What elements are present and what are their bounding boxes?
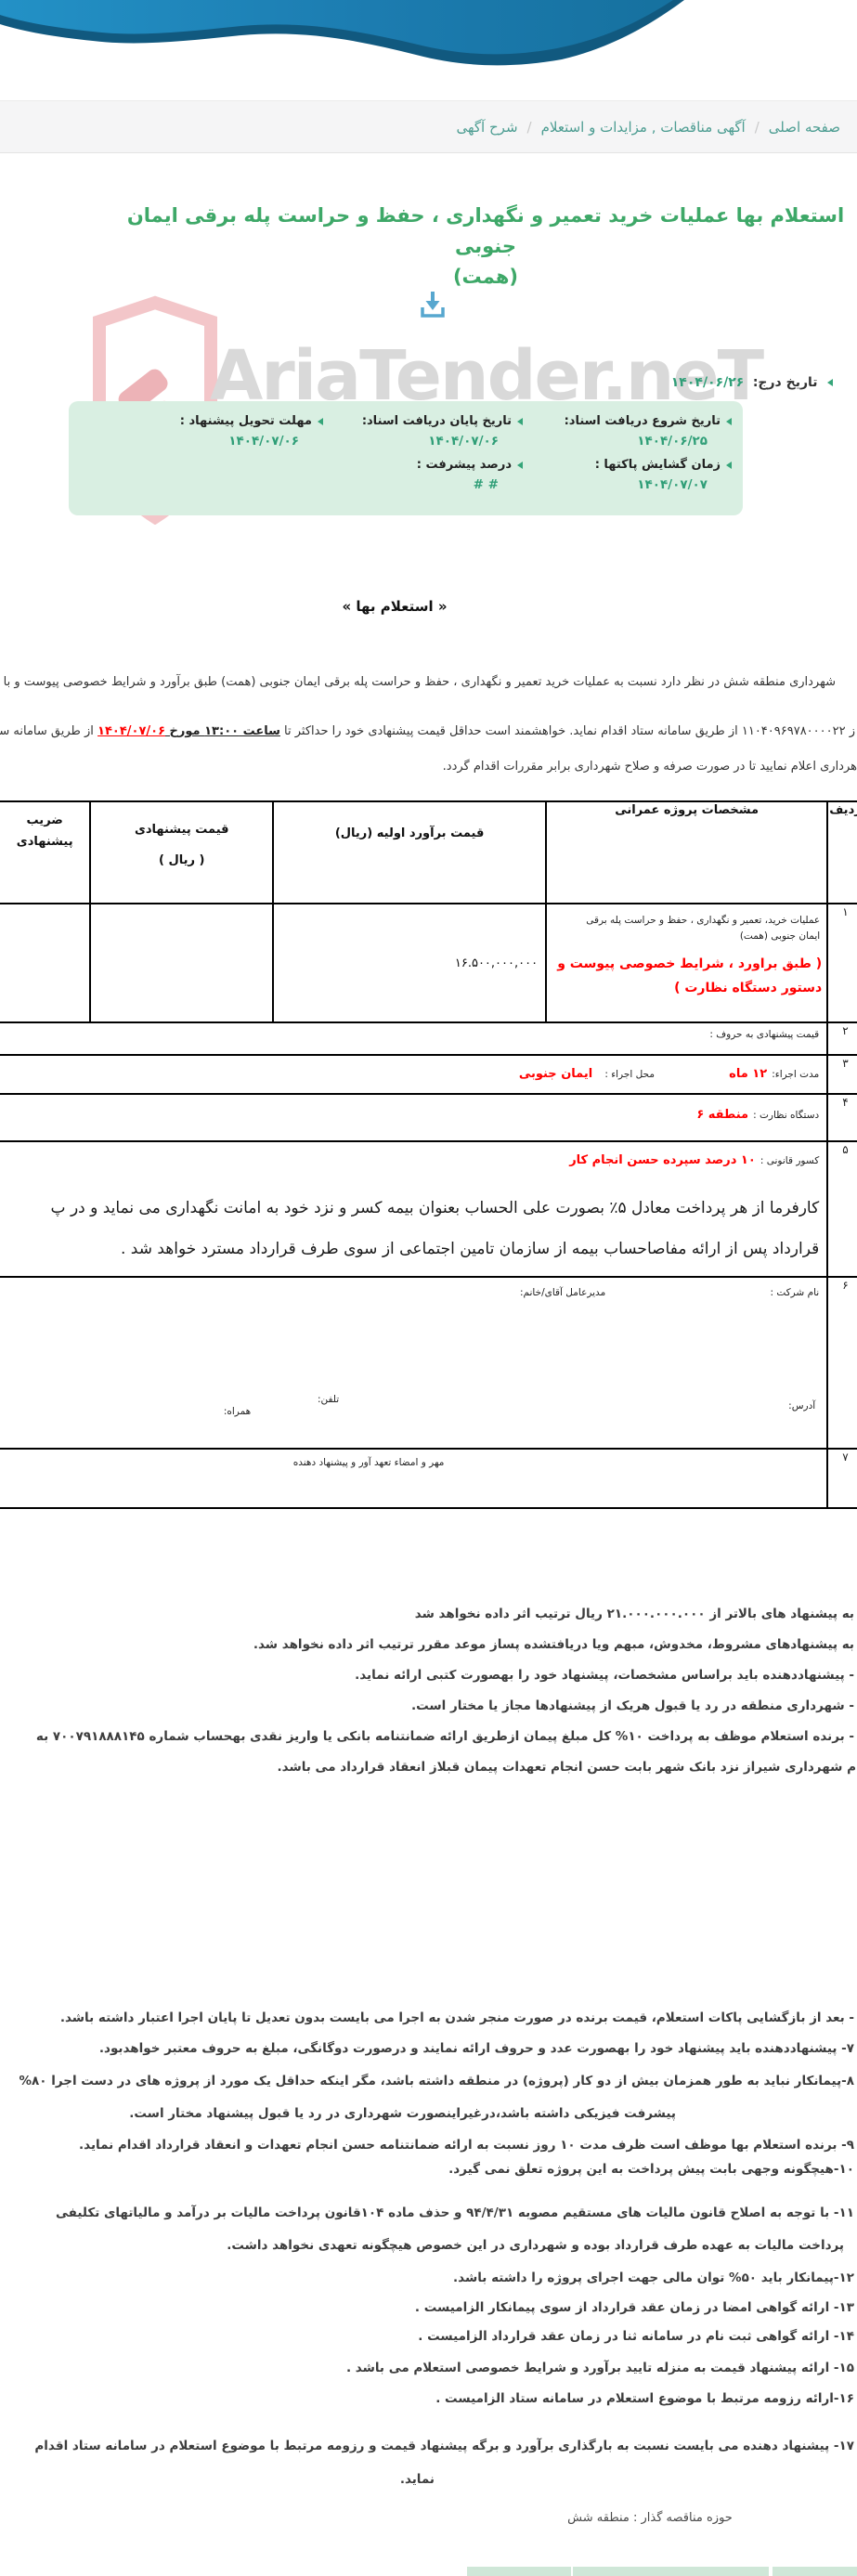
note-line: ۱۴- ارائه گواهی ثبت نام در سامانه ثنا در… (418, 2329, 854, 2344)
note-line: ۱۷- پیشنهاد دهنده می بایست نسبت به بارگذ… (34, 2439, 854, 2453)
table-row-6: ۶ نام شرکت : مدیرعامل آقای/خانم: آدرس: ت… (0, 1277, 857, 1449)
table-row-7: ۷ مهر و امضاء تعهد آور و پیشنهاد دهنده (0, 1449, 857, 1508)
table-row-1: ۱ عملیات خرید، تعمیر و نگهداری ، حفظ و ح… (0, 904, 857, 1022)
left-triangle-marker-icon (726, 418, 732, 425)
supervisor-label: دستگاه نظارت : (753, 1110, 819, 1121)
manager-label: مدیرعامل آقای/خانم: (520, 1287, 605, 1298)
note-line: ۱۲-پیمانکار باید ۵۰% توان مالی جهت اجرای… (453, 2270, 854, 2285)
col-header-coeff-line1: ضریب (1, 813, 88, 827)
intro-line-3: هرداری اعلام نمایید تا در صورت صرفه و صل… (443, 760, 857, 774)
note-line: ۹- برنده استعلام بها موظف است ظرف مدت ۱۰… (79, 2138, 854, 2153)
posted-date: تاریخ درج: ۱۴۰۴/۰۶/۲۶ (671, 375, 833, 390)
breadcrumb-separator: / (755, 119, 760, 136)
opening-time-label: زمان گشایش پاکتها : (595, 458, 721, 472)
col-header-proposed: قیمت پیشنهادی ( ریال ) (90, 801, 273, 904)
note-line: ۷- پیشنهاددهنده باید پیشنهاد خود را بهصو… (99, 2041, 854, 2056)
start-date-label: تاریخ شروع دریافت اسناد: (565, 414, 721, 428)
progress-label: درصد پیشرفت : (417, 458, 512, 472)
footer-table-cell (573, 2567, 769, 2576)
row5-no: ۵ (827, 1141, 857, 1277)
row5-body-2: قرارداد پس از ارائه مفاصاحساب بیمه از سا… (0, 1229, 819, 1269)
intro-line-1: شهرداری منطقه شش در نظر دارد نسبت به عمل… (0, 675, 836, 689)
note-line: م شهرداری شیراز نزد بانک شهر بابت حسن ان… (278, 1760, 856, 1775)
left-triangle-marker-icon (318, 418, 323, 425)
row1-no: ۱ (827, 904, 857, 1022)
opening-time-value: ۱۴۰۴/۰۷/۰۷ (523, 472, 732, 500)
row3-cell: مدت اجراء: ۱۲ ماه محل اجراء : ایمان جنوب… (0, 1055, 827, 1094)
start-date-cell: تاریخ شروع دریافت اسناد: ۱۴۰۴/۰۶/۲۵ (523, 414, 732, 456)
col-header-proposed-line2: ( ریال ) (92, 853, 271, 867)
col-header-proposed-line1: قیمت پیشنهادی (92, 823, 271, 837)
deductions-value: ۱۰ درصد سپرده حسن انجام کار (569, 1153, 756, 1167)
intro-line-2-post: از طریق سامانه ستاد به این (0, 724, 97, 738)
note-line: به پیشنهادهای مشروط، مخدوش، مبهم ویا دری… (253, 1637, 854, 1652)
row1-spec-black-1: عملیات خرید، تعمیر و نگهداری ، حفظ و حرا… (550, 913, 820, 929)
start-date-value: ۱۴۰۴/۰۶/۲۵ (523, 428, 732, 456)
row1-spec-black-2: ایمان جنوبی (همت) (550, 929, 820, 944)
note-line: - برنده استعلام موظف به پرداخت ۱۰% کل مب… (36, 1729, 854, 1744)
tender-detail-page: صفحه اصلی / آگهی مناقصات , مزایدات و است… (0, 0, 857, 2576)
table-row-2: ۲ قیمت پیشنهادی به حروف : (0, 1022, 857, 1055)
doc-heading: « استعلام بها » (265, 598, 525, 615)
left-triangle-marker-icon (517, 462, 523, 469)
breadcrumb: صفحه اصلی / آگهی مناقصات , مزایدات و است… (457, 101, 841, 152)
row1-proposed-cell[interactable] (90, 904, 273, 1022)
note-line: ۱۱- با توجه به اصلاح قانون مالیات های مس… (56, 2205, 854, 2220)
note-line: به پیشنهاد های بالاتر از ۲۱.۰۰۰.۰۰۰.۰۰۰ … (415, 1607, 854, 1621)
row1-spec-red-1: ( طبق براورد ، شرایط خصوصی پیوست و (550, 952, 822, 976)
page-title-line1: استعلام بها عملیات خرید تعمیر و نگهداری … (114, 201, 857, 262)
intro-line-2: ز ۱۱۰۴۰۹۶۹۷۸۰۰۰۰۲۲ از طریق سامانه ستاد ا… (0, 724, 855, 738)
intro-line-2-pre: ز ۱۱۰۴۰۹۶۹۷۸۰۰۰۰۲۲ از طریق سامانه ستاد ا… (280, 724, 855, 738)
col-header-coeff: ضریب پیشنهادی (0, 801, 90, 904)
progress-value: # # (323, 472, 523, 500)
duration-value: ۱۲ ماه (729, 1067, 767, 1081)
note-line: ۱۵- ارائه پیشنهاد قیمت به منزله تایید بر… (346, 2361, 854, 2375)
company-name-label: نام شرکت : (770, 1287, 819, 1298)
note-line: پیشرفت فیزیکی داشته باشد،درغیراینصورت شه… (129, 2106, 676, 2121)
note-line: ۸-پیمانکار نباید به طور همزمان بیش از دو… (19, 2074, 854, 2088)
phone-label: تلفن: (318, 1394, 339, 1405)
estimate-table: ردیف مشخصات پروژه عمرانی قیمت برآورد اول… (0, 800, 857, 1509)
duration-label: مدت اجراء: (772, 1069, 819, 1080)
address-label: آدرس: (788, 1400, 815, 1412)
deadline-value: ۱۴۰۴/۰۷/۰۶ (84, 428, 323, 456)
deadline-cell: مهلت تحویل پیشنهاد : ۱۴۰۴/۰۷/۰۶ (84, 414, 323, 456)
left-triangle-marker-icon (517, 418, 523, 425)
row4-no: ۴ (827, 1094, 857, 1141)
left-triangle-marker-icon (827, 379, 833, 386)
col-header-specs: مشخصات پروژه عمرانی (546, 801, 827, 904)
mobile-label: همراه: (224, 1406, 251, 1417)
deductions-label: كسور قانونی : (760, 1155, 819, 1166)
table-row-5: ۵ كسور قانونی : ۱۰ درصد سپرده حسن انجام … (0, 1141, 857, 1277)
row3-no: ۳ (827, 1055, 857, 1094)
breadcrumb-current: شرح آگهی (457, 119, 518, 136)
posted-date-label: تاریخ درج: (753, 375, 818, 390)
col-header-coeff-line2: پیشنهادی (1, 835, 88, 849)
row5-cell: كسور قانونی : ۱۰ درصد سپرده حسن انجام کا… (0, 1141, 827, 1277)
note-line: - شهرداری منطقه در رد یا قبول هریک از پی… (411, 1698, 854, 1713)
location-value: ایمان جنوبی (519, 1067, 592, 1081)
note-line: ۱۳- ارائه گواهی امضا در زمان عقد قرارداد… (415, 2300, 854, 2315)
end-date-value: ۱۴۰۴/۰۷/۰۶ (323, 428, 523, 456)
tender-dates-box: تاریخ شروع دریافت اسناد: ۱۴۰۴/۰۶/۲۵ تاری… (69, 401, 743, 515)
posted-date-value: ۱۴۰۴/۰۶/۲۶ (671, 375, 745, 390)
breadcrumb-home-link[interactable]: صفحه اصلی (769, 119, 840, 136)
table-header-row: ردیف مشخصات پروژه عمرانی قیمت برآورد اول… (0, 801, 857, 904)
signature-label: مهر و امضاء تعهد آور و پیشنهاد دهنده (0, 1449, 827, 1508)
col-header-row-no: ردیف (827, 801, 857, 904)
note-line: ۱۶-ارائه رزومه مرتبط با موضوع استعلام در… (435, 2391, 854, 2406)
intro-line-2-date: ۱۴۰۴/۰۷/۰۶ (97, 724, 165, 738)
col-header-estimate: قیمت برآورد اولیه (ریال) (273, 801, 546, 904)
download-icon[interactable] (420, 290, 446, 319)
row2-label: قیمت پیشنهادی به حروف : (0, 1022, 827, 1055)
note-line: - پیشنهاددهنده باید براساس مشخصات، پیشنه… (355, 1668, 854, 1683)
row1-specs-cell: عملیات خرید، تعمیر و نگهداری ، حفظ و حرا… (546, 904, 827, 1022)
breadcrumb-bar: صفحه اصلی / آگهی مناقصات , مزایدات و است… (0, 100, 857, 153)
row1-estimate-value: ۱۶.۵۰۰,۰۰۰,۰۰۰ (273, 904, 546, 1022)
breadcrumb-separator: / (527, 119, 532, 136)
end-date-cell: تاریخ پایان دریافت اسناد: ۱۴۰۴/۰۷/۰۶ (323, 414, 523, 456)
footer-table-cell (773, 2567, 857, 2576)
note-line: ۱۰-هیچگونه وجهی بابت پیش پرداخت به این پ… (448, 2162, 854, 2177)
row2-no: ۲ (827, 1022, 857, 1055)
deadline-label: مهلت تحویل پیشنهاد : (180, 414, 312, 428)
table-row-4: ۴ دستگاه نظارت : منطقه ۶ (0, 1094, 857, 1141)
note-line: - بعد از بازگشایی پاکات استعلام، قیمت بر… (60, 2010, 854, 2025)
empty-cell (84, 458, 323, 500)
note-line: پرداخت مالیات به عهده طرف قرارداد بوده و… (227, 2238, 844, 2253)
left-triangle-marker-icon (726, 462, 732, 469)
row5-body-1: کارفرما از هر پرداخت معادل ۵٪ بصورت علی … (0, 1188, 819, 1229)
page-title-line2: (همت) (114, 262, 857, 293)
intro-line-2-time: ساعت ۱۳:۰۰ مورخ (165, 724, 280, 738)
end-date-label: تاریخ پایان دریافت اسناد: (362, 414, 512, 428)
row1-spec-red-2: دستور دستگاه نظارت ) (550, 976, 822, 1000)
location-label: محل اجراء : (604, 1069, 655, 1080)
opening-time-cell: زمان گشایش پاکتها : ۱۴۰۴/۰۷/۰۷ (523, 458, 732, 500)
row6-cell: نام شرکت : مدیرعامل آقای/خانم: آدرس: تلف… (0, 1277, 827, 1449)
breadcrumb-tenders-link[interactable]: آگهی مناقصات , مزایدات و استعلام (541, 119, 746, 136)
row1-coeff-cell[interactable] (0, 904, 90, 1022)
footer-table-cell (467, 2567, 571, 2576)
issuer-line: حوزه مناقصه گذار : منطقه شش (557, 2511, 743, 2525)
row6-no: ۶ (827, 1277, 857, 1449)
progress-cell: درصد پیشرفت : # # (323, 458, 523, 500)
note-line: نماید. (400, 2472, 435, 2487)
row7-no: ۷ (827, 1449, 857, 1508)
supervisor-value: منطقه ۶ (696, 1108, 748, 1122)
table-row-3: ۳ مدت اجراء: ۱۲ ماه محل اجراء : ایمان جن… (0, 1055, 857, 1094)
page-title: استعلام بها عملیات خرید تعمیر و نگهداری … (114, 201, 857, 293)
row4-cell: دستگاه نظارت : منطقه ۶ (0, 1094, 827, 1141)
